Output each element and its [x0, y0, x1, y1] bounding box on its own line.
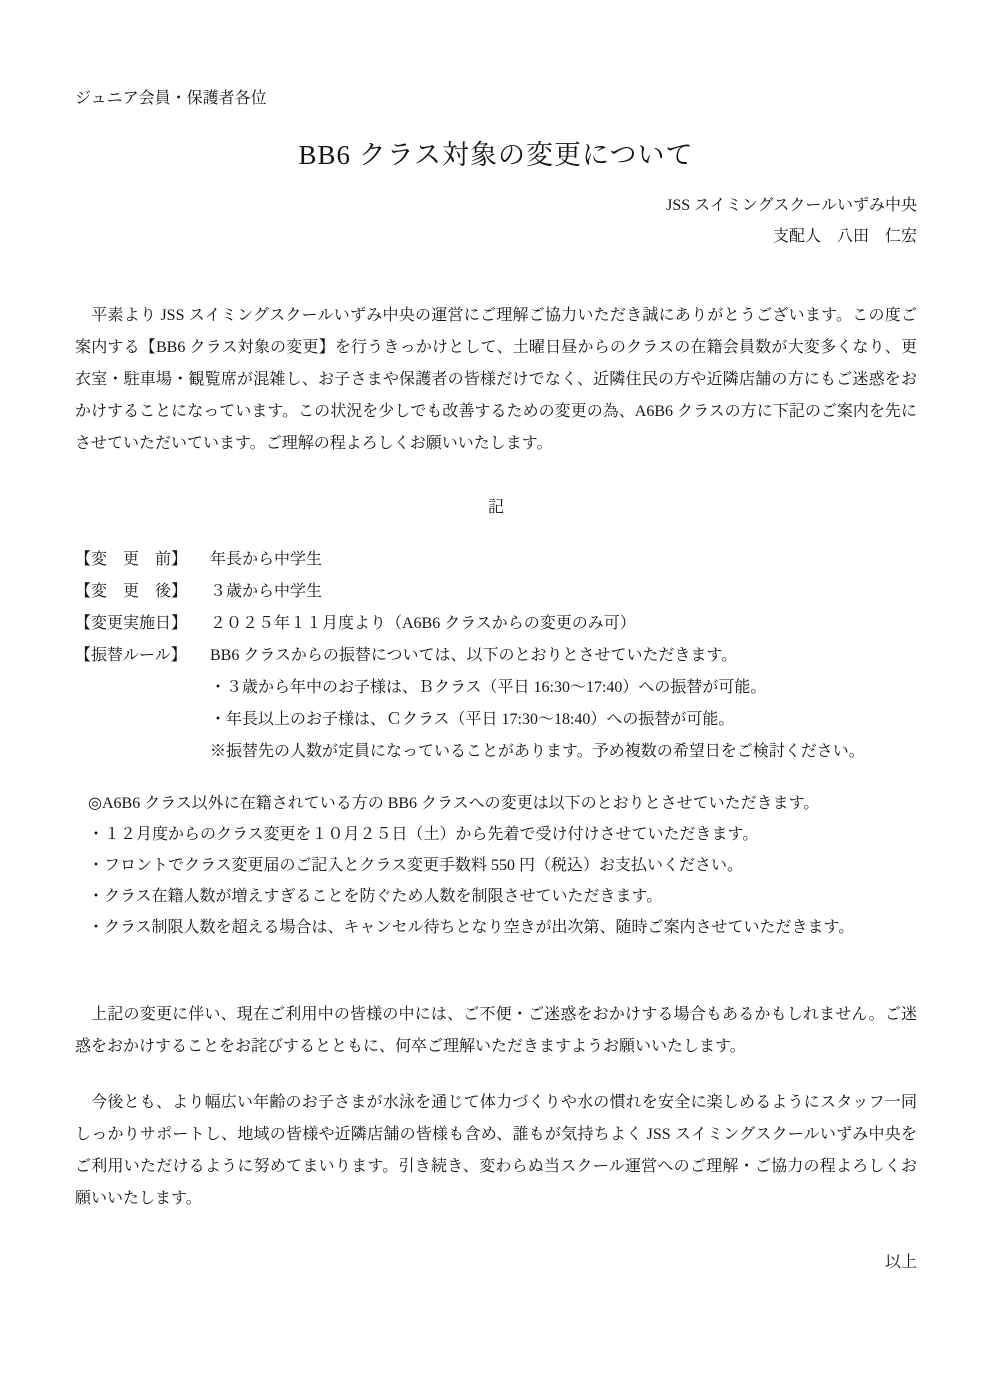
other-note-item: ・フロントでクラス変更届のご記入とクラス変更手数料 550 円（税込）お支払いく… [88, 850, 917, 881]
other-note-item: ・クラス在籍人数が増えすぎることを防ぐため人数を制限させていただきます。 [88, 881, 917, 912]
notice-document-page: ジュニア会員・保護者各位 BB6 クラス対象の変更について JSS スイミングス… [0, 0, 990, 1400]
change-details-list: 【変 更 前】 年長から中学生 【変 更 後】 ３歳から中学生 【変更実施日】 … [75, 544, 917, 672]
apology-paragraph: 上記の変更に伴い、現在ご利用中の皆様の中には、ご不便・ご迷惑をおかけする場合もあ… [75, 999, 917, 1063]
document-title: BB6 クラス対象の変更について [75, 136, 917, 174]
detail-row-effective-date: 【変更実施日】 ２０２５年１１月度より（A6B6 クラスからの変更のみ可） [75, 608, 917, 640]
transfer-note-item: ※振替先の人数が定員になっていることがあります。予め複数の希望日をご検討ください… [210, 736, 917, 768]
detail-label: 【変 更 後】 [75, 576, 210, 608]
closing-paragraph: 今後とも、より幅広い年齢のお子さまが水泳を通じて体力づくりや水の慣れを安全に楽し… [75, 1087, 917, 1215]
other-note-item: ・クラス制限人数を超える場合は、キャンセル待ちとなり空きが出次第、随時ご案内させ… [88, 912, 917, 943]
intro-paragraph: 平素より JSS スイミングスクールいずみ中央の運営にご理解ご協力いただき誠にあ… [75, 300, 917, 460]
other-members-heading: ◎A6B6 クラス以外に在籍されている方の BB6 クラスへの変更は以下のとおり… [88, 788, 917, 819]
recipient-line: ジュニア会員・保護者各位 [75, 88, 917, 110]
detail-row-before: 【変 更 前】 年長から中学生 [75, 544, 917, 576]
transfer-notes-list: ・３歳から年中のお子様は、Ｂクラス（平日 16:30～17:40）への振替が可能… [75, 672, 917, 768]
other-note-item: ・１２月度からのクラス変更を１０月２５日（土）から先着で受け付けさせていただきま… [88, 819, 917, 850]
detail-value: ２０２５年１１月度より（A6B6 クラスからの変更のみ可） [210, 608, 917, 640]
detail-value: ３歳から中学生 [210, 576, 917, 608]
manager-name: 支配人 八田 仁宏 [75, 221, 917, 252]
organization-name: JSS スイミングスクールいずみ中央 [75, 190, 917, 221]
detail-label: 【変 更 前】 [75, 544, 210, 576]
end-mark: 以上 [75, 1247, 917, 1279]
detail-row-transfer-rule: 【振替ルール】 BB6 クラスからの振替については、以下のとおりとさせていただき… [75, 640, 917, 672]
transfer-note-item: ・年長以上のお子様は、Ｃクラス（平日 17:30～18:40）への振替が可能。 [210, 704, 917, 736]
detail-label: 【振替ルール】 [75, 640, 210, 672]
detail-row-after: 【変 更 後】 ３歳から中学生 [75, 576, 917, 608]
detail-label: 【変更実施日】 [75, 608, 210, 640]
other-members-block: ◎A6B6 クラス以外に在籍されている方の BB6 クラスへの変更は以下のとおり… [75, 788, 917, 943]
record-heading: 記 [75, 492, 917, 524]
transfer-note-item: ・３歳から年中のお子様は、Ｂクラス（平日 16:30～17:40）への振替が可能… [210, 672, 917, 704]
detail-value: 年長から中学生 [210, 544, 917, 576]
sender-block: JSS スイミングスクールいずみ中央 支配人 八田 仁宏 [75, 190, 917, 252]
detail-value: BB6 クラスからの振替については、以下のとおりとさせていただきます。 [210, 640, 917, 672]
